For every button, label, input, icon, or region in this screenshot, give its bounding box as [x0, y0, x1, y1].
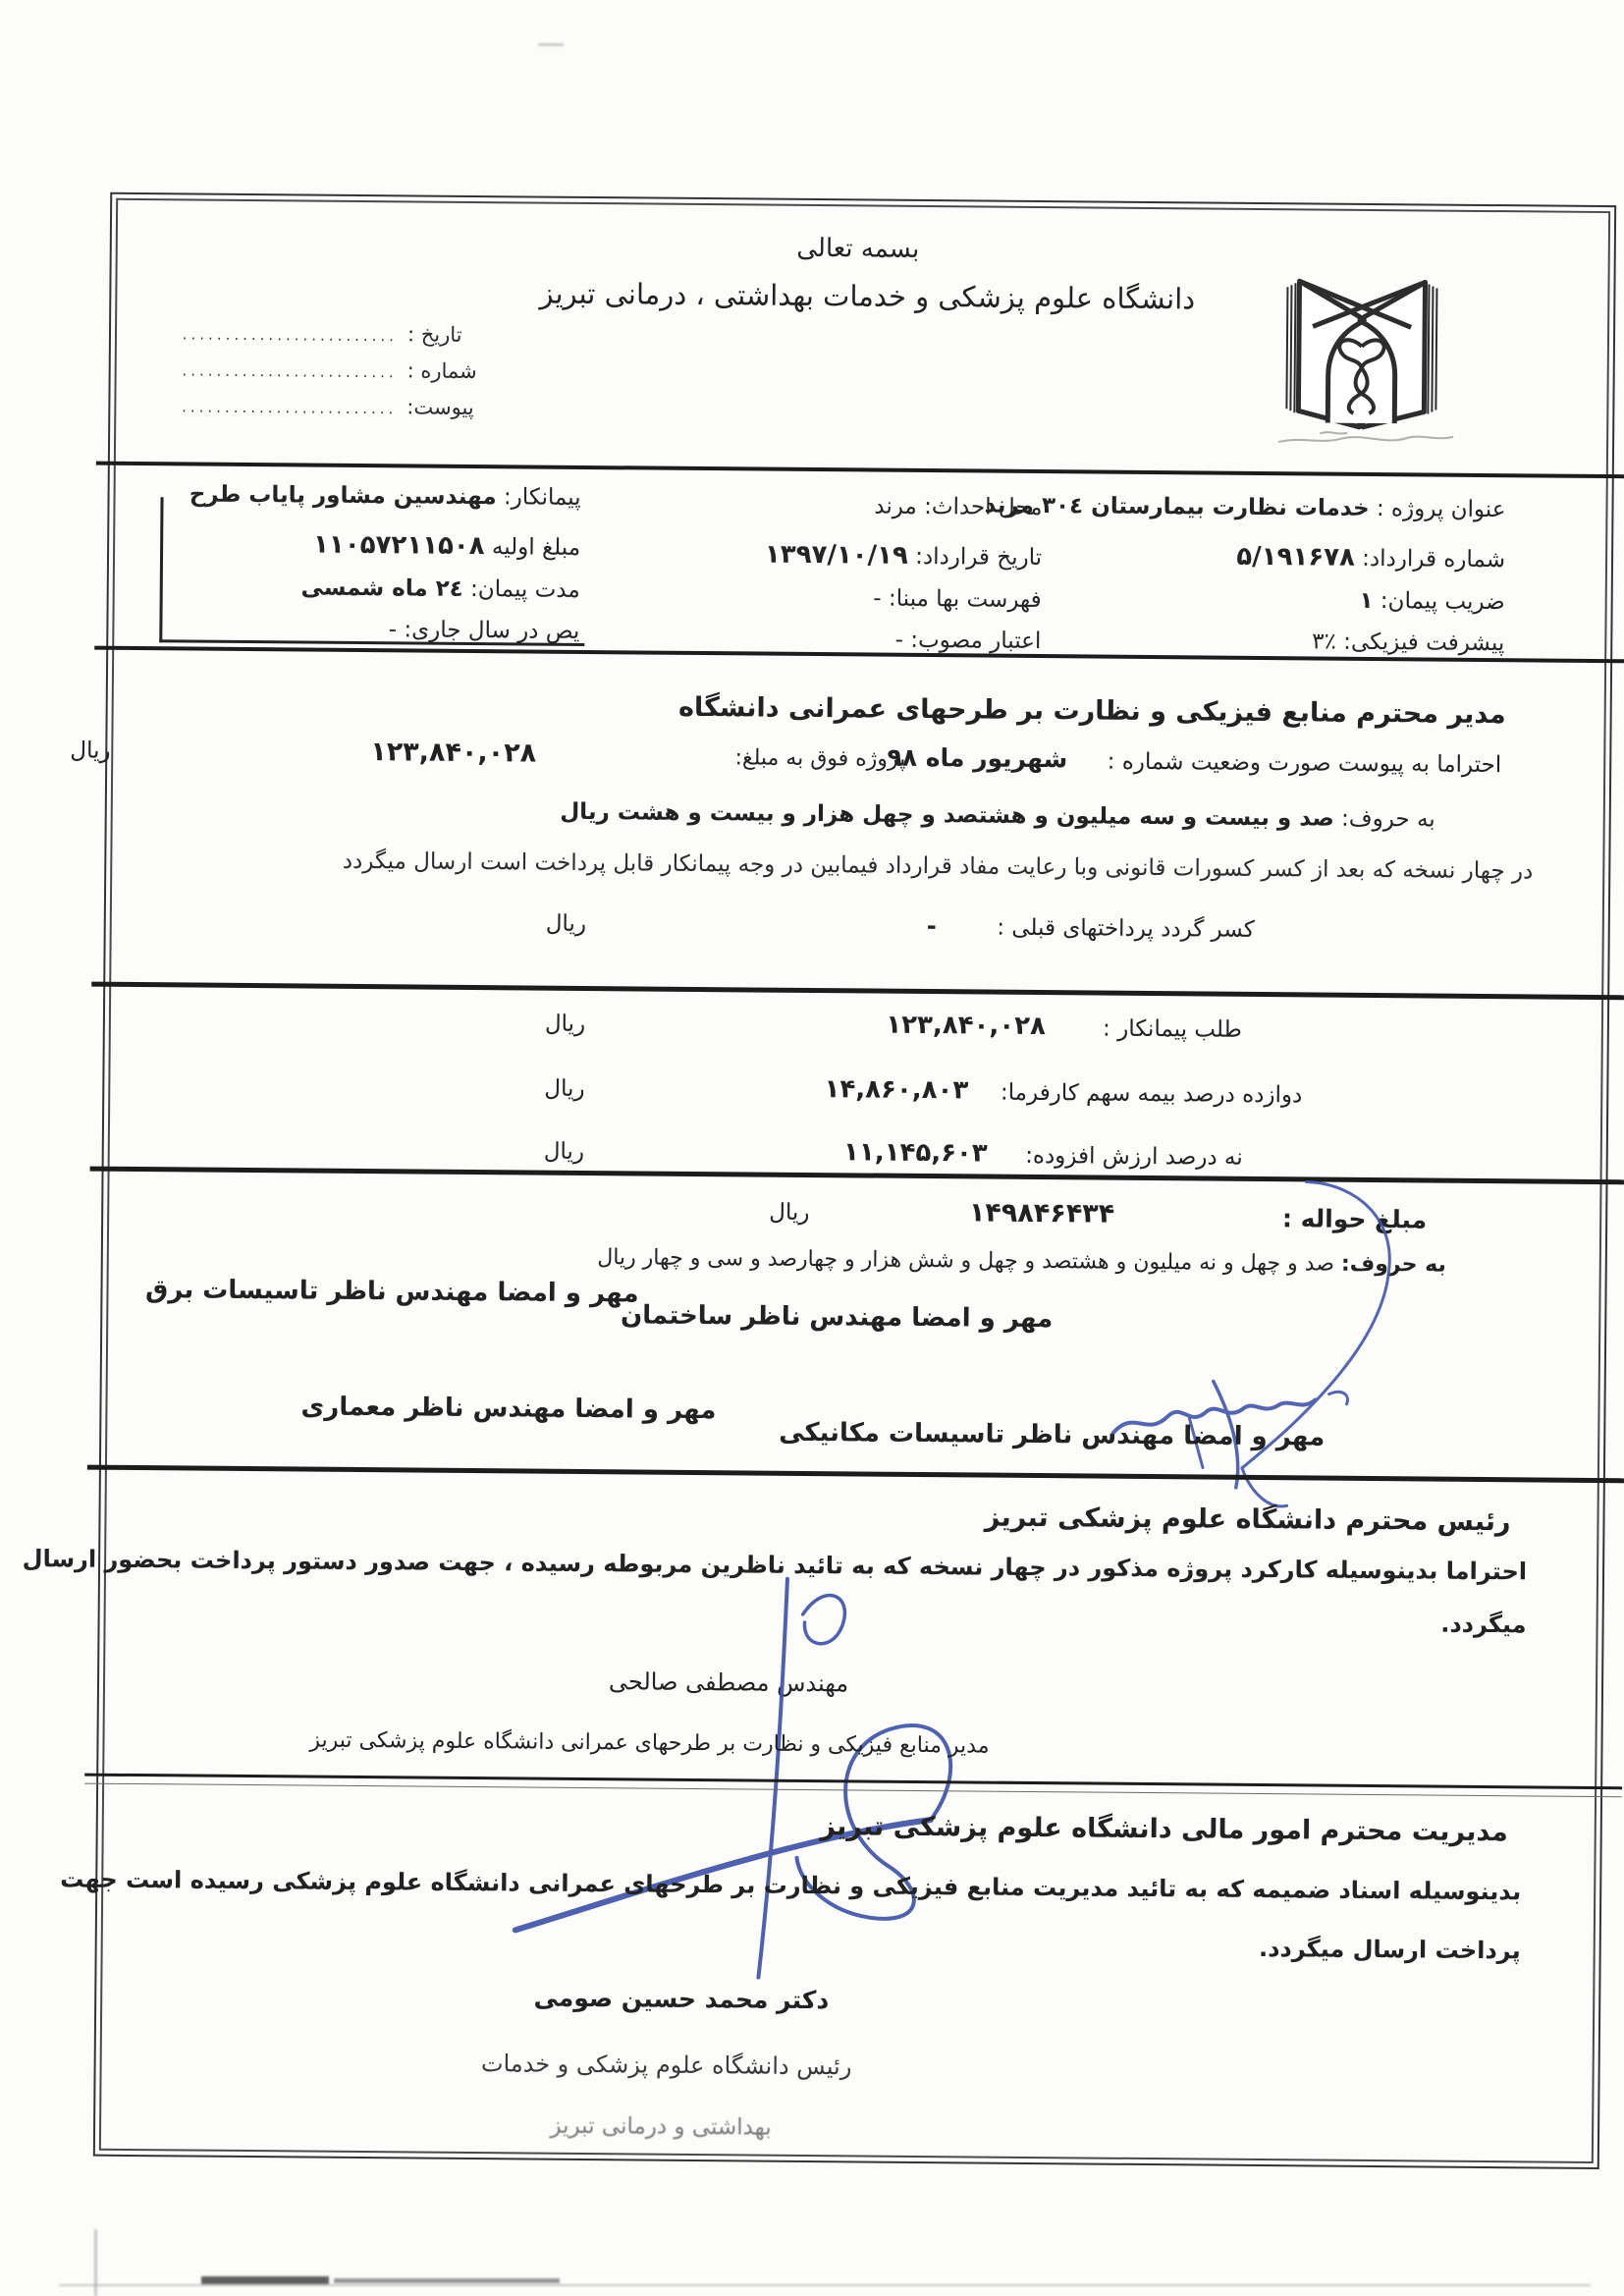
contract-number-value: ۵/۱۹۱۶۷۸: [1236, 542, 1355, 573]
divider-1: [91, 982, 1624, 1001]
page-edge-smudge: [334, 2278, 560, 2283]
statement-intro: احتراما به پیوست صورت وضعیت شماره :: [1108, 749, 1502, 779]
deduct-currency: ریال: [546, 911, 586, 937]
transfer-currency: ریال: [769, 1200, 809, 1226]
document-border-frame: بسمه تعالی دانشگاه علوم پزشکی و خدمات به…: [93, 192, 1616, 2169]
contract-number-cell: شماره قرارداد: ۵/۱۹۱۶۷۸: [1236, 542, 1505, 574]
initial-amount-value: ۱۱۰۵۷۲۱۱۵۰۸: [313, 530, 485, 562]
contract-duration-value: ۲٤ ماه شمسی: [300, 574, 462, 601]
price-list-label: فهرست بها مبنا:: [889, 586, 1042, 613]
contract-factor-cell: ضریب پیمان: ۱: [1359, 588, 1504, 615]
page-edge-line: [59, 2284, 1591, 2286]
claim-label: طلب پیمانکار :: [1103, 1016, 1242, 1043]
contract-date-label: تاریخ قرارداد:: [915, 544, 1042, 571]
contract-factor-value: ۱: [1359, 588, 1373, 614]
contractor-value: مهندسین مشاور پایاب طرح: [189, 481, 497, 510]
table-top-divider: [96, 462, 1624, 479]
contract-duration-label: مدت پیمان:: [470, 576, 580, 603]
university-logo: [1261, 255, 1463, 454]
section3-signer-title-line2: بهداشتی و درمانی تبریز: [494, 2112, 828, 2141]
page-edge-marks: [201, 2276, 329, 2284]
current-year-allocation-cell: یص در سال جاری: -: [389, 617, 580, 644]
contract-date-value: ۱۳۹۷/۱۰/۱۹: [765, 540, 908, 571]
contractor-label: پیمانکار:: [504, 484, 581, 511]
number-field-label: شماره :: [407, 358, 480, 383]
contract-factor-label: ضریب پیمان:: [1380, 588, 1505, 615]
date-field-dots: .........................: [183, 325, 398, 345]
section1-heading: مدیر محترم منابع فیزیکی و نظارت بر طرحها…: [678, 692, 1506, 730]
statement-amount-label: پروژه فوق به مبلغ:: [734, 745, 905, 772]
price-list-value: -: [873, 586, 882, 612]
statement-amount-value: ۱۲۳,۸۴۰,۰۲۸: [370, 737, 536, 768]
stamp-caption-mechanical: مهر و امضا مهندس ناظر تاسیسات مکانیکی: [843, 1418, 1325, 1451]
claim-value: ۱۲۳,۸۴۰,۰۲۸: [886, 1011, 1046, 1041]
price-list-cell: فهرست بها مبنا: -: [873, 586, 1042, 613]
project-title-label: عنوان پروژه :: [1377, 496, 1506, 522]
vat-value: ۱۱,۱۴۵,۶۰۳: [843, 1137, 988, 1168]
section2-heading: رئیس محترم دانشگاه علوم پزشکی تبریز: [985, 1503, 1511, 1538]
physical-progress-value: ٪۳: [1312, 629, 1336, 654]
construction-site-cell: محل احداث: مرند: [874, 494, 1042, 520]
scanned-letter-page: { "header": { "besmele": "بسمه تعالی", "…: [0, 0, 1624, 2296]
date-field: تاریخ : .........................: [174, 320, 480, 359]
insurance-currency: ریال: [544, 1076, 584, 1102]
vat-label: نه درصد ارزش افزوده:: [1025, 1143, 1243, 1171]
section2-body-line2: میگردد.: [1440, 1611, 1527, 1639]
number-field: شماره : .........................: [173, 356, 479, 396]
stamp-caption-building: مهر و امضا مهندس ناظر ساختمان: [679, 1301, 1053, 1334]
number-field-dots: .........................: [182, 361, 397, 381]
letter-meta-block: تاریخ : ......................... شماره …: [173, 320, 480, 432]
insurance-label: دوازده درصد بیمه سهم کارفرما:: [1001, 1080, 1303, 1109]
copies-note: در چهار نسخه که بعد از کسر کسورات قانونی…: [343, 848, 1534, 885]
date-field-label: تاریخ :: [407, 322, 480, 347]
section3-signer-name: دکتر محمد حسین صومی: [534, 1984, 829, 2015]
construction-site-value: مرند: [874, 494, 917, 519]
contractor-cell: پیمانکار: مهندسین مشاور پایاب طرح: [189, 481, 581, 510]
contract-duration-cell: مدت پیمان: ۲٤ ماه شمسی: [300, 574, 579, 602]
project-title-cell: عنوان پروژه : خدمات نظارت بیمارستان ۳۰٤ …: [984, 493, 1505, 523]
section3-signer-title-line1: رئیس دانشگاه علوم پزشکی و خدمات: [456, 2050, 878, 2081]
statement-period: شهریور ماه ۹۸: [887, 743, 1067, 774]
physical-progress-label: پیشرفت فیزیکی:: [1343, 629, 1504, 656]
university-name: دانشگاه علوم پزشکی و خدمات بهداشتی ، درم…: [523, 276, 1211, 315]
section3-heading: مدیریت محترم امور مالی دانشگاه علوم پزشک…: [820, 1811, 1508, 1847]
approved-credit-value: -: [895, 628, 904, 653]
initial-amount-label: مبلغ اولیه: [492, 534, 580, 561]
transfer-value: ۱۴۹۸۴۶۴۳۴: [969, 1197, 1115, 1229]
amount-in-words-line: به حروف: صد و بیست و سه میلیون و هشتصد و…: [560, 799, 1435, 833]
top-stray-mark: [538, 43, 564, 46]
approved-credit-cell: اعتبار مصوب: -: [895, 628, 1042, 654]
initial-amount-cell: مبلغ اولیه ۱۱۰۵۷۲۱۱۵۰۸: [313, 530, 580, 562]
current-year-allocation-value: -: [389, 617, 398, 642]
physical-progress-cell: پیشرفت فیزیکی: ٪۳: [1312, 629, 1504, 656]
deduct-value: -: [927, 912, 937, 940]
in-words-value: صد و بیست و سه میلیون و هشتصد و چهل هزار…: [560, 799, 1334, 832]
claim-currency: ریال: [545, 1011, 585, 1037]
current-year-allocation-label: یص در سال جاری:: [404, 617, 579, 644]
construction-site-label: محل احداث:: [924, 494, 1043, 520]
attachment-field: پیوست: .........................: [173, 393, 479, 432]
insurance-value: ۱۴,۸۶۰,۸۰۳: [824, 1074, 968, 1105]
in-words-label: به حروف:: [1341, 806, 1435, 833]
stamp-caption-electrical: مهر و امضا مهندس ناظر تاسیسات برق: [216, 1276, 638, 1309]
statement-amount-currency: ریال: [70, 738, 110, 763]
contract-date-cell: تاریخ قرارداد: ۱۳۹۷/۱۰/۱۹: [765, 540, 1042, 572]
section3-body-line2: پرداخت ارسال میگردد.: [1259, 1935, 1521, 1964]
deduct-label: کسر گردد پرداختهای قبلی :: [997, 915, 1255, 943]
page-edge-corner: [94, 2229, 97, 2296]
besmele-text: بسمه تعالی: [662, 233, 1055, 265]
approved-credit-label: اعتبار مصوب:: [910, 628, 1041, 654]
vat-currency: ریال: [544, 1139, 584, 1165]
attachment-field-label: پیوست:: [406, 395, 479, 419]
stamp-caption-architecture: مهر و امضا مهندس ناظر معماری: [303, 1393, 716, 1426]
attachment-field-dots: .........................: [182, 398, 397, 417]
contract-number-label: شماره قرارداد:: [1362, 546, 1505, 573]
